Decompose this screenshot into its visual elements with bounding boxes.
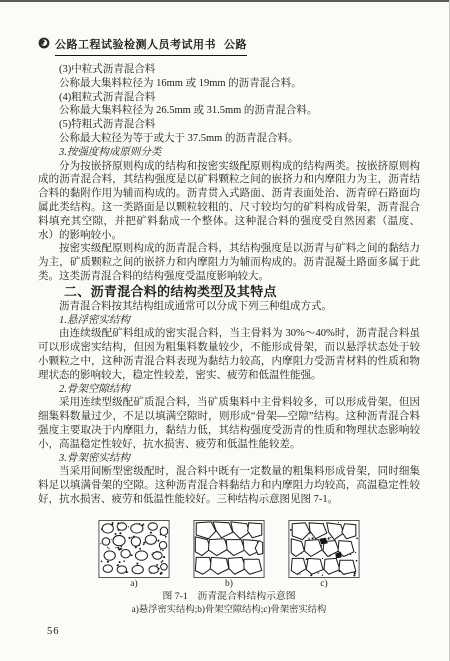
paragraph: 由连续级配矿料组成的密实混合料，当主骨料为 30%～40%时，沥青混合料虽可以形… <box>38 327 420 382</box>
paragraph: 按密实级配原则构成的沥青混合料，其结构强度是以沥青与矿料之间的黏结力为主，矿质颗… <box>38 242 420 283</box>
figure-panel-c <box>287 520 361 578</box>
publisher-logo-icon <box>38 37 50 49</box>
page-body: (3)中粒式沥青混合料 公称最大集料粒径为 16mm 或 19mm 的沥青混合料… <box>38 63 420 507</box>
list-item: (4)粗粒式沥青混合料 <box>38 91 420 105</box>
figure-7-1: a) b) c) 图 7-1 沥青混合料结构示意图 a)悬浮密实结构;b)骨架空… <box>38 520 420 616</box>
subsection-heading-2: 2.骨架空隙结构 <box>38 383 420 397</box>
header-rule: 公路工程试验检测人员考试用书公路 <box>55 36 247 56</box>
figure-label-a: a) <box>97 579 171 589</box>
aggregate-diagram-skeleton-void-image <box>192 520 266 578</box>
figure-panels <box>38 520 420 578</box>
subsection-heading-1: 1.悬浮密实结构 <box>38 314 420 328</box>
book-page: 公路工程试验检测人员考试用书公路 (3)中粒式沥青混合料 公称最大集料粒径为 1… <box>0 0 450 661</box>
aggregate-diagram-skeleton-dense-image <box>287 520 361 578</box>
paragraph: 当采用间断型密级配时，混合料中既有一定数量的粗集料形成骨架，同时细集料足以填满骨… <box>38 465 420 506</box>
figure-panel-labels: a) b) c) <box>38 579 420 589</box>
figure-subcaption: a)悬浮密实结构;b)骨架空隙结构;c)骨架密实结构 <box>38 604 420 616</box>
paragraph: 公称最大粒径为等于或大于 37.5mm 的沥青混合料。 <box>38 132 420 146</box>
page-header: 公路工程试验检测人员考试用书公路 <box>38 36 420 56</box>
paragraph: 沥青混合料按其结构组成通常可以分成下列三种组成方式。 <box>38 300 420 314</box>
book-subject: 公路 <box>224 39 247 51</box>
list-item: (5)特粗式沥青混合料 <box>38 118 420 132</box>
subsection-heading-strength: 3.按强度构成原则分类 <box>38 146 420 160</box>
figure-label-b: b) <box>192 579 266 589</box>
figure-label-c: c) <box>287 579 361 589</box>
subsection-heading-3: 3.骨架密实结构 <box>38 452 420 466</box>
scan-edge <box>0 0 450 2</box>
figure-panel-b <box>192 520 266 578</box>
paragraph: 分为按嵌挤原则构成的结构和按密实级配原则构成的结构两类。按嵌挤原则构成的沥青混合… <box>38 160 420 243</box>
page-number: 56 <box>47 626 60 637</box>
paragraph: 公称最大集料粒径为 16mm 或 19mm 的沥青混合料。 <box>38 77 420 91</box>
book-title: 公路工程试验检测人员考试用书 <box>55 39 216 51</box>
figure-panel-a <box>97 520 171 578</box>
paragraph: 采用连续型级配矿质混合料，当矿质集料中主骨料较多，可以形成骨架，但因细集料数量过… <box>38 396 420 451</box>
paragraph: 公称最大集料粒径为 26.5mm 或 31.5mm 的沥青混合料。 <box>38 104 420 118</box>
section-heading: 二、沥青混合料的结构类型及其特点 <box>38 284 420 300</box>
figure-caption: 图 7-1 沥青混合料结构示意图 <box>38 591 420 604</box>
aggregate-diagram-suspended-dense-image <box>97 520 171 578</box>
list-item: (3)中粒式沥青混合料 <box>38 63 420 77</box>
